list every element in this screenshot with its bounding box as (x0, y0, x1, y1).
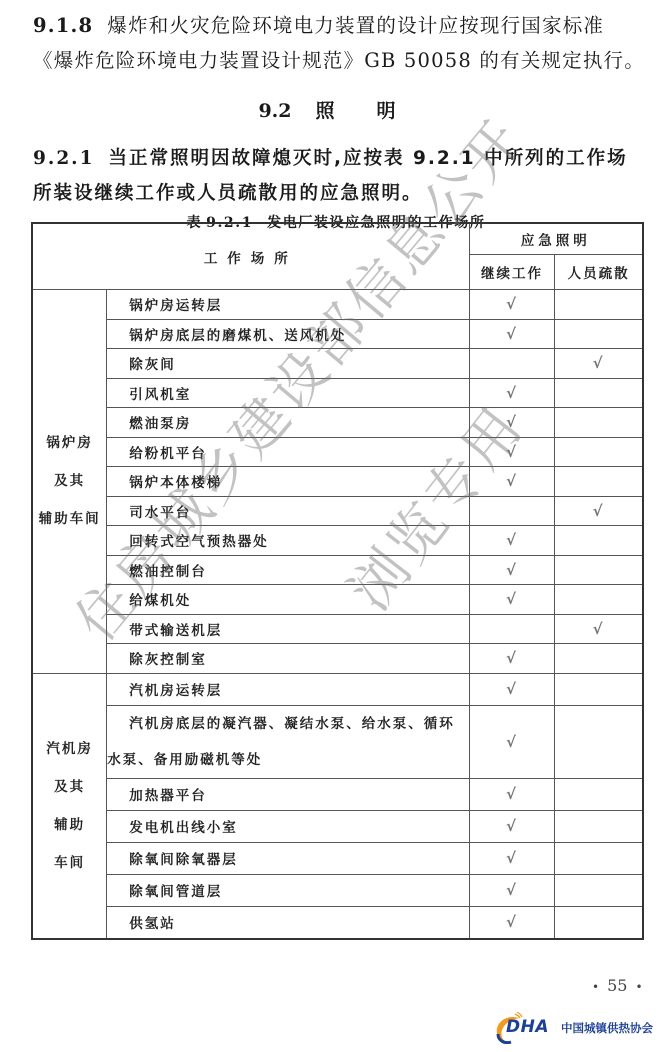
cell-evacuation (555, 408, 643, 438)
cell-continue-work: √ (469, 467, 555, 497)
cell-continue-work: √ (469, 644, 555, 674)
cell-place: 锅炉房底层的磨煤机、送风机处 (107, 319, 469, 349)
cell-place: 回转式空气预热器处 (107, 526, 469, 556)
table-row: 锅炉房底层的磨煤机、送风机处√ (32, 319, 643, 349)
cell-place: 汽机房底层的凝汽器、凝结水泵、给水泵、循环水泵、备用励磁机等处 (107, 705, 469, 778)
cell-evacuation (555, 874, 643, 906)
cell-evacuation (555, 644, 643, 674)
cell-place: 加热器平台 (107, 778, 469, 810)
cell-evacuation (555, 378, 643, 408)
cell-evacuation (555, 290, 643, 320)
cell-continue-work: √ (469, 408, 555, 438)
header-continue-work: 继续工作 (469, 255, 555, 290)
table-row: 司水平台√ (32, 496, 643, 526)
clause-number: 9.2.1 (33, 148, 95, 169)
cell-evacuation (555, 673, 643, 705)
cell-continue-work: √ (469, 810, 555, 842)
clause-text: 爆炸和火灾危险环境电力装置的设计应按现行国家标准《爆炸危险环境电力装置设计规范》… (33, 14, 645, 72)
table-row: 汽机房底层的凝汽器、凝结水泵、给水泵、循环水泵、备用励磁机等处√ (32, 705, 643, 778)
cell-place: 司水平台 (107, 496, 469, 526)
group-label-line: 锅炉房 (33, 424, 106, 462)
cell-evacuation (555, 319, 643, 349)
section-title: 9.2照明 (0, 96, 672, 123)
cell-evacuation (555, 906, 643, 939)
cell-continue-work (469, 496, 555, 526)
cell-evacuation (555, 842, 643, 874)
cell-continue-work: √ (469, 585, 555, 615)
cell-evacuation (555, 437, 643, 467)
table-row: 供氢站√ (32, 906, 643, 939)
table-row: 回转式空气预热器处√ (32, 526, 643, 556)
cell-place: 给煤机处 (107, 585, 469, 615)
cell-evacuation (555, 526, 643, 556)
cell-evacuation (555, 585, 643, 615)
table-row: 引风机室√ (32, 378, 643, 408)
table-row: 加热器平台√ (32, 778, 643, 810)
cell-place: 锅炉本体楼梯 (107, 467, 469, 497)
table-row: 除氧间除氧器层√ (32, 842, 643, 874)
section-title-part2: 明 (377, 100, 396, 122)
table-row: 除灰间√ (32, 349, 643, 379)
cell-place: 供氢站 (107, 906, 469, 939)
cell-continue-work: √ (469, 705, 555, 778)
group-label-line: 及其 (33, 768, 106, 806)
table-body: 锅炉房及其辅助车间锅炉房运转层√锅炉房底层的磨煤机、送风机处√除灰间√引风机室√… (32, 290, 643, 939)
cell-evacuation (555, 467, 643, 497)
cell-evacuation: √ (555, 614, 643, 644)
cell-place: 除氧间除氧器层 (107, 842, 469, 874)
header-emergency: 应急照明 (469, 223, 643, 255)
page-number-value: 55 (607, 976, 627, 995)
group-label-line: 车间 (33, 844, 106, 882)
table-row: 燃油泵房√ (32, 408, 643, 438)
cell-continue-work: √ (469, 437, 555, 467)
cell-place: 燃油控制台 (107, 555, 469, 585)
cell-place: 带式输送机层 (107, 614, 469, 644)
bullet-right: • (635, 980, 642, 994)
chda-logo: DHA 中国城镇供热协会 (490, 1008, 670, 1044)
cell-place: 除氧间管道层 (107, 874, 469, 906)
cell-place: 除灰控制室 (107, 644, 469, 674)
cell-place: 汽机房运转层 (107, 673, 469, 705)
table-row: 锅炉房及其辅助车间锅炉房运转层√ (32, 290, 643, 320)
cell-place: 引风机室 (107, 378, 469, 408)
table-row: 汽机房及其辅助车间汽机房运转层√ (32, 673, 643, 705)
cell-evacuation (555, 778, 643, 810)
cell-continue-work: √ (469, 319, 555, 349)
group-label: 锅炉房及其辅助车间 (32, 290, 107, 674)
cell-place: 燃油泵房 (107, 408, 469, 438)
section-title-part1: 照 (316, 100, 335, 122)
group-label: 汽机房及其辅助车间 (32, 673, 107, 939)
cell-continue-work: √ (469, 842, 555, 874)
page-number: •55• (584, 976, 651, 995)
table-row: 除氧间管道层√ (32, 874, 643, 906)
section-number: 9.2 (258, 100, 291, 122)
group-label-line: 及其 (33, 462, 106, 500)
cell-place: 发电机出线小室 (107, 810, 469, 842)
cell-evacuation (555, 705, 643, 778)
table-row: 给煤机处√ (32, 585, 643, 615)
cell-continue-work: √ (469, 778, 555, 810)
org-name: 中国城镇供热协会 (561, 1020, 653, 1036)
cell-place: 除灰间 (107, 349, 469, 379)
cell-place: 给粉机平台 (107, 437, 469, 467)
clause-number: 9.1.8 (33, 14, 93, 37)
clause-9-1-8: 9.1.8爆炸和火灾危险环境电力装置的设计应按现行国家标准《爆炸危险环境电力装置… (33, 8, 645, 78)
group-label-line: 辅助 (33, 806, 106, 844)
cell-continue-work: √ (469, 526, 555, 556)
cell-continue-work (469, 614, 555, 644)
table-row: 给粉机平台√ (32, 437, 643, 467)
cell-evacuation (555, 810, 643, 842)
table-row: 除灰控制室√ (32, 644, 643, 674)
cell-continue-work: √ (469, 290, 555, 320)
header-location: 工作场所 (32, 223, 469, 290)
group-label-line: 汽机房 (33, 730, 106, 768)
clause-text: 当正常照明因故障熄灭时,应按表 9.2.1 中所列的工作场所装设继续工作或人员疏… (33, 148, 628, 204)
group-label-line: 辅助车间 (33, 500, 106, 538)
emergency-lighting-table: 工作场所 应急照明 继续工作 人员疏散 锅炉房及其辅助车间锅炉房运转层√锅炉房底… (31, 222, 644, 940)
cell-continue-work: √ (469, 378, 555, 408)
logo-text: DHA (506, 1017, 549, 1037)
cell-evacuation: √ (555, 496, 643, 526)
table-row: 锅炉本体楼梯√ (32, 467, 643, 497)
table-row: 带式输送机层√ (32, 614, 643, 644)
cell-evacuation (555, 555, 643, 585)
clause-9-2-1: 9.2.1当正常照明因故障熄灭时,应按表 9.2.1 中所列的工作场所装设继续工… (33, 141, 645, 211)
cell-place: 锅炉房运转层 (107, 290, 469, 320)
header-evacuation: 人员疏散 (555, 255, 643, 290)
cell-continue-work: √ (469, 555, 555, 585)
cell-continue-work (469, 349, 555, 379)
bullet-left: • (592, 980, 599, 994)
table-row: 燃油控制台√ (32, 555, 643, 585)
cell-continue-work: √ (469, 906, 555, 939)
cell-evacuation: √ (555, 349, 643, 379)
table-row: 发电机出线小室√ (32, 810, 643, 842)
cell-continue-work: √ (469, 673, 555, 705)
cell-continue-work: √ (469, 874, 555, 906)
